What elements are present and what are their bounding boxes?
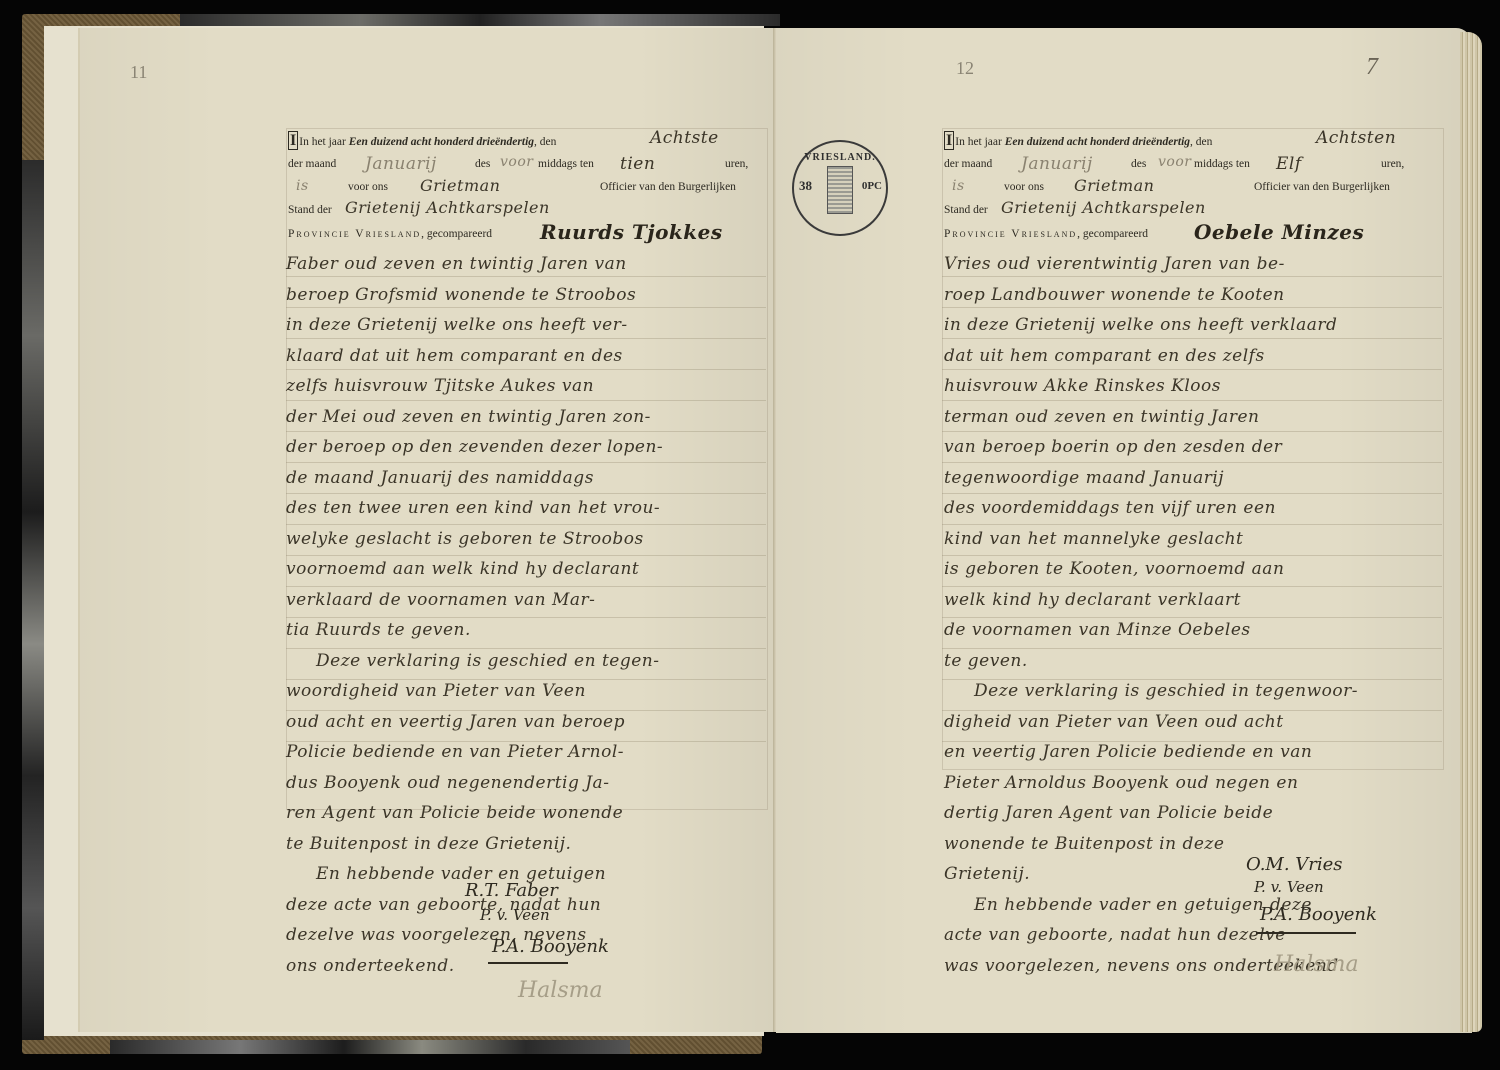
body-line: dat uit hem comparant en des zelfs — [944, 346, 1265, 366]
printed-officier: Officier van den Burgerlijken — [1254, 181, 1390, 193]
field-municipality: Grietenij Achtkarspelen — [1001, 198, 1206, 217]
printed-middags: middags ten — [538, 158, 594, 170]
field-municipality: Grietenij Achtkarspelen — [345, 198, 550, 217]
body-line: in deze Grietenij welke ons heeft verkla… — [944, 315, 1337, 335]
signature-officer: Halsma — [518, 978, 603, 1003]
printed-uren: uren, — [1381, 158, 1404, 170]
printed-line-1: IIn het jaar Een duizend acht honderd dr… — [288, 132, 556, 150]
printed-text: , gecompareerd — [1077, 228, 1148, 240]
signature-witness-1: P. v. Veen — [480, 906, 550, 924]
witness-line: woordigheid van Pieter van Veen — [286, 681, 586, 701]
body-line: klaard dat uit hem comparant en des — [286, 346, 623, 366]
witness-line: Deze verklaring is geschied en tegen- — [316, 651, 660, 671]
printed-provincie: Provincie Vriesland, gecompareerd — [944, 228, 1148, 240]
field-day: Achtste — [650, 128, 719, 148]
signature-officer: Halsma — [1274, 952, 1359, 977]
body-line: te geven. — [944, 651, 1028, 671]
body-line: terman oud zeven en twintig Jaren — [944, 407, 1259, 427]
printed-des: des — [475, 158, 490, 170]
witness-line: Grietenij. — [944, 864, 1030, 884]
field-officer: Grietman — [1074, 176, 1154, 195]
witness-line: digheid van Pieter van Veen oud acht — [944, 712, 1284, 732]
body-line: des ten twee uren een kind van het vrou- — [286, 498, 660, 518]
printed-officier: Officier van den Burgerlijken — [600, 181, 736, 193]
stamp-top-text: VRIESLAND. — [794, 152, 886, 163]
body-line: der beroep op den zevenden dezer lopen- — [286, 437, 663, 457]
body-line: de maand Januarij des namiddags — [286, 468, 594, 488]
body-line: tia Ruurds te geven. — [286, 620, 471, 640]
witness-line: Policie bediende en van Pieter Arnol- — [286, 742, 624, 762]
body-line: huisvrouw Akke Rinskes Kloos — [944, 376, 1221, 396]
closing-line: acte van geboorte, nadat hun dezelve — [944, 925, 1286, 945]
printed-voor-ons: voor ons — [1004, 181, 1044, 193]
printed-middags: middags ten — [1194, 158, 1250, 170]
page-number-right: 12 — [956, 58, 974, 79]
printed-stand-der: Stand der — [288, 204, 332, 216]
printed-uren: uren, — [725, 158, 748, 170]
body-line: van beroep boerin op den zesden der — [944, 437, 1282, 457]
field-month: Januarij — [365, 154, 437, 174]
body-line: verklaard de voornamen van Mar- — [286, 590, 595, 610]
cover-marbled-edge-left — [22, 160, 44, 1040]
printed-stand-der: Stand der — [944, 204, 988, 216]
field-declarant: Ruurds Tjokkes — [540, 220, 723, 244]
page-block-edges — [1460, 32, 1482, 1032]
body-line: der Mei oud zeven en twintig Jaren zon- — [286, 407, 651, 427]
body-line: welk kind hy declarant verklaart — [944, 590, 1241, 610]
witness-line: dus Booyenk oud negenendertig Ja- — [286, 773, 609, 793]
field-hour: Elf — [1276, 154, 1302, 174]
field-month: Januarij — [1021, 154, 1093, 174]
cover-marbled-edge-top — [180, 14, 780, 26]
body-line: welyke geslacht is geboren te Stroobos — [286, 529, 644, 549]
body-line: voornoemd aan welk kind hy declarant — [286, 559, 639, 579]
body-line: roep Landbouwer wonende te Kooten — [944, 285, 1285, 305]
printed-line-1: IIn het jaar Een duizend acht honderd dr… — [944, 132, 1212, 150]
body-line: Faber oud zeven en twintig Jaren van — [286, 254, 627, 274]
printed-year: Een duizend acht honderd drieëndertig — [349, 136, 534, 148]
body-line: de voornamen van Minze Oebeles — [944, 620, 1251, 640]
witness-line: wonende te Buitenpost in deze — [944, 834, 1224, 854]
field-is: is — [952, 178, 965, 194]
signature-underline — [1256, 932, 1356, 934]
printed-text: , den — [1190, 136, 1212, 148]
witness-line: dertig Jaren Agent van Policie beide — [944, 803, 1273, 823]
field-part-of-day: voor — [500, 154, 533, 170]
witness-line: en veertig Jaren Policie bediende en van — [944, 742, 1312, 762]
body-line: zelfs huisvrouw Tjitske Aukes van — [286, 376, 594, 396]
left-page: 11 IIn het jaar Een duizend acht honderd… — [78, 28, 776, 1032]
body-line: is geboren te Kooten, voornoemd aan — [944, 559, 1284, 579]
body-line: tegenwoordige maand Januarij — [944, 468, 1224, 488]
body-line: beroep Grofsmid wonende te Stroobos — [286, 285, 636, 305]
printed-line-2-prefix: der maand — [944, 158, 992, 170]
printed-text: Provincie Vriesland — [944, 228, 1077, 240]
printed-line-2-prefix: der maand — [288, 158, 336, 170]
body-line: Vries oud vierentwintig Jaren van be- — [944, 254, 1285, 274]
field-is: is — [296, 178, 309, 194]
body-line: in deze Grietenij welke ons heeft ver- — [286, 315, 628, 335]
stamp-left-text: 38 — [799, 178, 812, 194]
printed-text: Provincie Vriesland — [288, 228, 421, 240]
field-part-of-day: voor — [1158, 154, 1191, 170]
body-line: kind van het mannelyke geslacht — [944, 529, 1243, 549]
cover-marbled-edge-bottom — [110, 1040, 630, 1054]
closing-line: En hebbende vader en getuigen — [316, 864, 606, 884]
coat-of-arms-icon — [827, 166, 853, 214]
printed-des: des — [1131, 158, 1146, 170]
stamp-right-text: 0PC — [862, 180, 882, 192]
witness-line: te Buitenpost in deze Grietenij. — [286, 834, 571, 854]
signature-witness-1: P. v. Veen — [1254, 878, 1324, 896]
drop-cap: I — [944, 131, 954, 150]
page-number-left: 11 — [130, 62, 147, 83]
drop-cap: I — [288, 131, 298, 150]
field-day: Achtsten — [1316, 128, 1396, 148]
witness-line: ren Agent van Policie beide wonende — [286, 803, 623, 823]
signature-declarant: O.M. Vries — [1246, 854, 1343, 875]
field-declarant: Oebele Minzes — [1194, 220, 1364, 244]
witness-line: Deze verklaring is geschied in tegenwoor… — [974, 681, 1358, 701]
field-hour: tien — [620, 154, 655, 174]
body-line: des voordemiddags ten vijf uren een — [944, 498, 1276, 518]
signature-declarant: R.T. Faber — [465, 880, 558, 901]
witness-line: Pieter Arnoldus Booyenk oud negen en — [944, 773, 1298, 793]
signature-witness-2: P.A. Booyenk — [492, 936, 609, 957]
witness-line: oud acht en veertig Jaren van beroep — [286, 712, 625, 732]
printed-text: , den — [534, 136, 556, 148]
printed-provincie: Provincie Vriesland, gecompareerd — [288, 228, 492, 240]
field-officer: Grietman — [420, 176, 500, 195]
printed-text: In het jaar — [955, 136, 1002, 148]
signature-witness-2: P.A. Booyenk — [1260, 904, 1377, 925]
signature-underline — [488, 962, 568, 964]
printed-year: Een duizend acht honderd drieëndertig — [1005, 136, 1190, 148]
printed-voor-ons: voor ons — [348, 181, 388, 193]
closing-line: ons onderteekend. — [286, 956, 455, 976]
printed-text: , gecompareerd — [421, 228, 492, 240]
folio-number: 7 — [1366, 54, 1378, 81]
printed-text: In het jaar — [299, 136, 346, 148]
vriesland-stamp: VRIESLAND. 38 0PC — [792, 140, 888, 236]
